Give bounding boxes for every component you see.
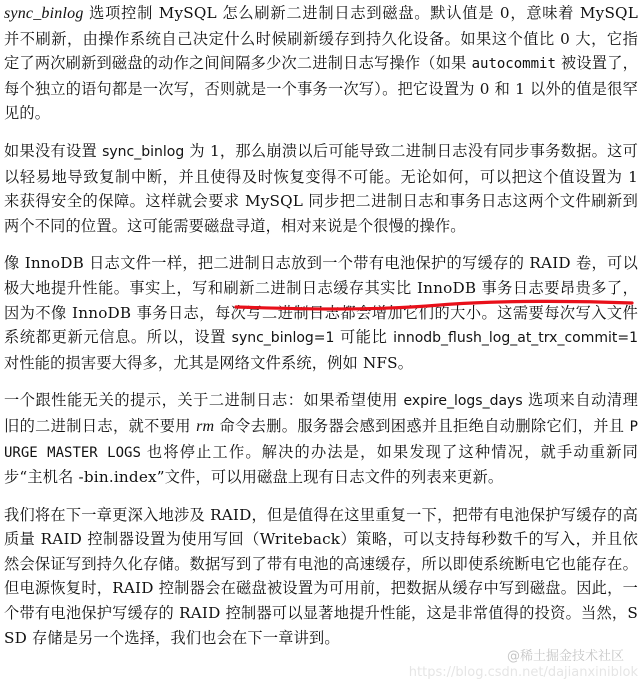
paragraph-text: 对性能的损害要大得多，尤其是网络文件系统，例如 NFS。 bbox=[4, 354, 413, 372]
code-expire-logs-days: expire_logs_days bbox=[403, 393, 522, 409]
paragraph-text: 我们将在下一章更深入地涉及 RAID，但是值得在这里重复一下，把带有电池保护写缓… bbox=[4, 506, 638, 647]
code-sync-binlog-1: sync_binlog=1 bbox=[232, 330, 335, 346]
paragraph-3: 像 InnoDB 日志文件一样，把二进制日志放到一个带有电池保护的写缓存的 RA… bbox=[4, 251, 638, 375]
code-autocommit: autocommit bbox=[472, 56, 556, 72]
paragraph-4: 一个跟性能无关的提示，关于二进制日志：如果希望使用 expire_logs_da… bbox=[4, 388, 638, 489]
paragraph-text: 命令去删。服务器会感到困惑并且拒绝自动删除它们，并且 bbox=[214, 417, 629, 435]
code-sync-binlog: sync_binlog bbox=[102, 144, 184, 160]
term-sync-binlog: sync_binlog bbox=[4, 5, 84, 22]
document-page: sync_binlog 选项控制 MySQL 怎么刷新二进制日志到磁盘。默认值是… bbox=[4, 0, 638, 663]
code-innodb-flush: innodb_flush_log_at_trx_commit=1 bbox=[393, 330, 638, 346]
highlighted-sentence: 写和刷新二进制日志缓存其实比 InnoDB 事务日志要昂 bbox=[192, 279, 575, 297]
paragraph-text: 如果没有设置 bbox=[4, 142, 102, 160]
paragraph-5: 我们将在下一章更深入地涉及 RAID，但是值得在这里重复一下，把带有电池保护写缓… bbox=[4, 503, 638, 651]
term-rm: rm bbox=[196, 418, 214, 435]
paragraph-2: 如果没有设置 sync_binlog 为 1，那么崩溃以后可能导致二进制日志没有… bbox=[4, 139, 638, 238]
paragraph-1: sync_binlog 选项控制 MySQL 怎么刷新二进制日志到磁盘。默认值是… bbox=[4, 1, 638, 126]
paragraph-text: 可能比 bbox=[334, 328, 393, 346]
watermark-url: https://blog.csdn.net/dajianxiniblok bbox=[409, 665, 638, 680]
paragraph-text: 一个跟性能无关的提示，关于二进制日志：如果希望使用 bbox=[4, 391, 403, 409]
